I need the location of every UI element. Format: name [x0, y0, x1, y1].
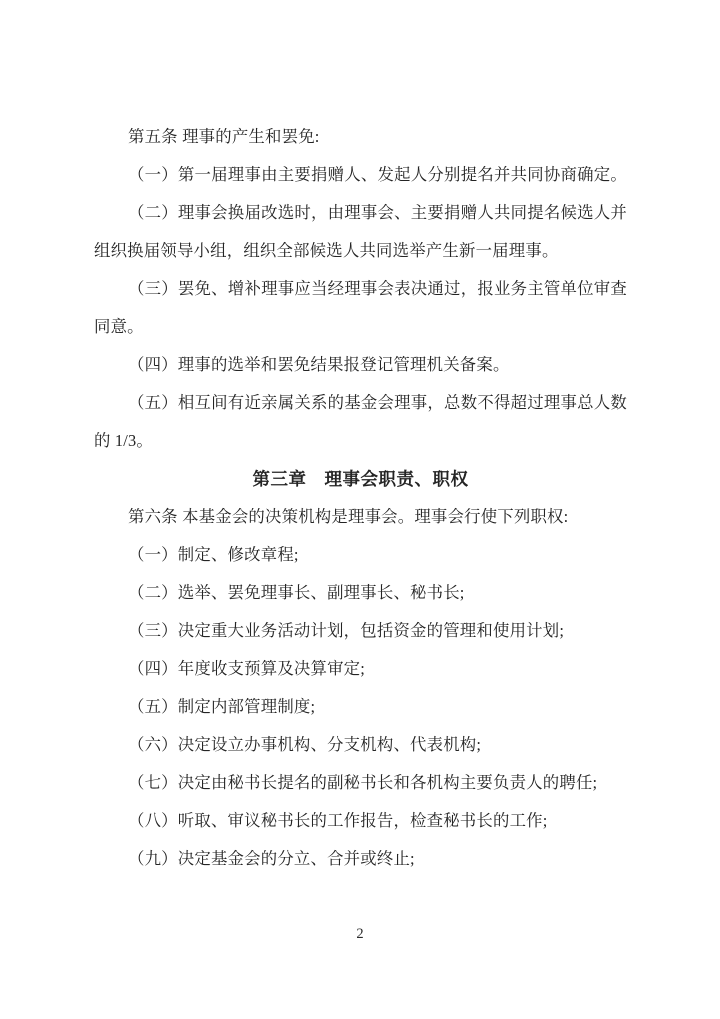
text-line: （二）选举、罢免理事长、副理事长、秘书长; — [94, 574, 627, 612]
text-line: 同意。 — [94, 308, 627, 346]
text-line: （八）听取、审议秘书长的工作报告，检查秘书长的工作; — [94, 802, 627, 840]
article-6-item-8: （八）听取、审议秘书长的工作报告，检查秘书长的工作; — [94, 802, 627, 840]
text-line: （九）决定基金会的分立、合并或终止; — [94, 840, 627, 878]
text-line: （五）制定内部管理制度; — [94, 688, 627, 726]
text-line: （二）理事会换届改选时，由理事会、主要捐赠人共同提名候选人并 — [94, 194, 627, 232]
text-line: （七）决定由秘书长提名的副秘书长和各机构主要负责人的聘任; — [94, 764, 627, 802]
text-line: 的 1/3。 — [94, 422, 627, 460]
chapter-3-heading: 第三章 理事会职责、职权 — [94, 460, 627, 498]
article-6-item-4: （四）年度收支预算及决算审定; — [94, 650, 627, 688]
text-line: （三）罢免、增补理事应当经理事会表决通过，报业务主管单位审查 — [94, 270, 627, 308]
text-line: （五）相互间有近亲属关系的基金会理事，总数不得超过理事总人数 — [94, 384, 627, 422]
article-5-item-2: （二）理事会换届改选时，由理事会、主要捐赠人共同提名候选人并 组织换届领导小组，… — [94, 194, 627, 270]
text-line: （一）第一届理事由主要捐赠人、发起人分别提名并共同协商确定。 — [94, 156, 627, 194]
document-body: 第五条 理事的产生和罢免: （一）第一届理事由主要捐赠人、发起人分别提名并共同协… — [94, 118, 627, 878]
article-5-item-5: （五）相互间有近亲属关系的基金会理事，总数不得超过理事总人数 的 1/3。 — [94, 384, 627, 460]
article-6-title: 第六条 本基金会的决策机构是理事会。理事会行使下列职权: — [94, 498, 627, 536]
text-line: （四）年度收支预算及决算审定; — [94, 650, 627, 688]
page-number: 2 — [0, 924, 720, 944]
text-line: （一）制定、修改章程; — [94, 536, 627, 574]
article-6-item-1: （一）制定、修改章程; — [94, 536, 627, 574]
text-line: （三）决定重大业务活动计划，包括资金的管理和使用计划; — [94, 612, 627, 650]
article-6-item-3: （三）决定重大业务活动计划，包括资金的管理和使用计划; — [94, 612, 627, 650]
document-page: 第五条 理事的产生和罢免: （一）第一届理事由主要捐赠人、发起人分别提名并共同协… — [0, 0, 720, 1019]
article-6-item-9: （九）决定基金会的分立、合并或终止; — [94, 840, 627, 878]
article-6-item-7: （七）决定由秘书长提名的副秘书长和各机构主要负责人的聘任; — [94, 764, 627, 802]
article-6-item-5: （五）制定内部管理制度; — [94, 688, 627, 726]
text-line: 组织换届领导小组，组织全部候选人共同选举产生新一届理事。 — [94, 232, 627, 270]
article-5-item-1: （一）第一届理事由主要捐赠人、发起人分别提名并共同协商确定。 — [94, 156, 627, 194]
article-6-item-2: （二）选举、罢免理事长、副理事长、秘书长; — [94, 574, 627, 612]
article-5-item-4: （四）理事的选举和罢免结果报登记管理机关备案。 — [94, 346, 627, 384]
text-line: 第五条 理事的产生和罢免: — [94, 118, 627, 156]
article-5-title: 第五条 理事的产生和罢免: — [94, 118, 627, 156]
article-5-item-3: （三）罢免、增补理事应当经理事会表决通过，报业务主管单位审查 同意。 — [94, 270, 627, 346]
text-line: 第六条 本基金会的决策机构是理事会。理事会行使下列职权: — [94, 498, 627, 536]
text-line: （六）决定设立办事机构、分支机构、代表机构; — [94, 726, 627, 764]
article-6-item-6: （六）决定设立办事机构、分支机构、代表机构; — [94, 726, 627, 764]
text-line: （四）理事的选举和罢免结果报登记管理机关备案。 — [94, 346, 627, 384]
